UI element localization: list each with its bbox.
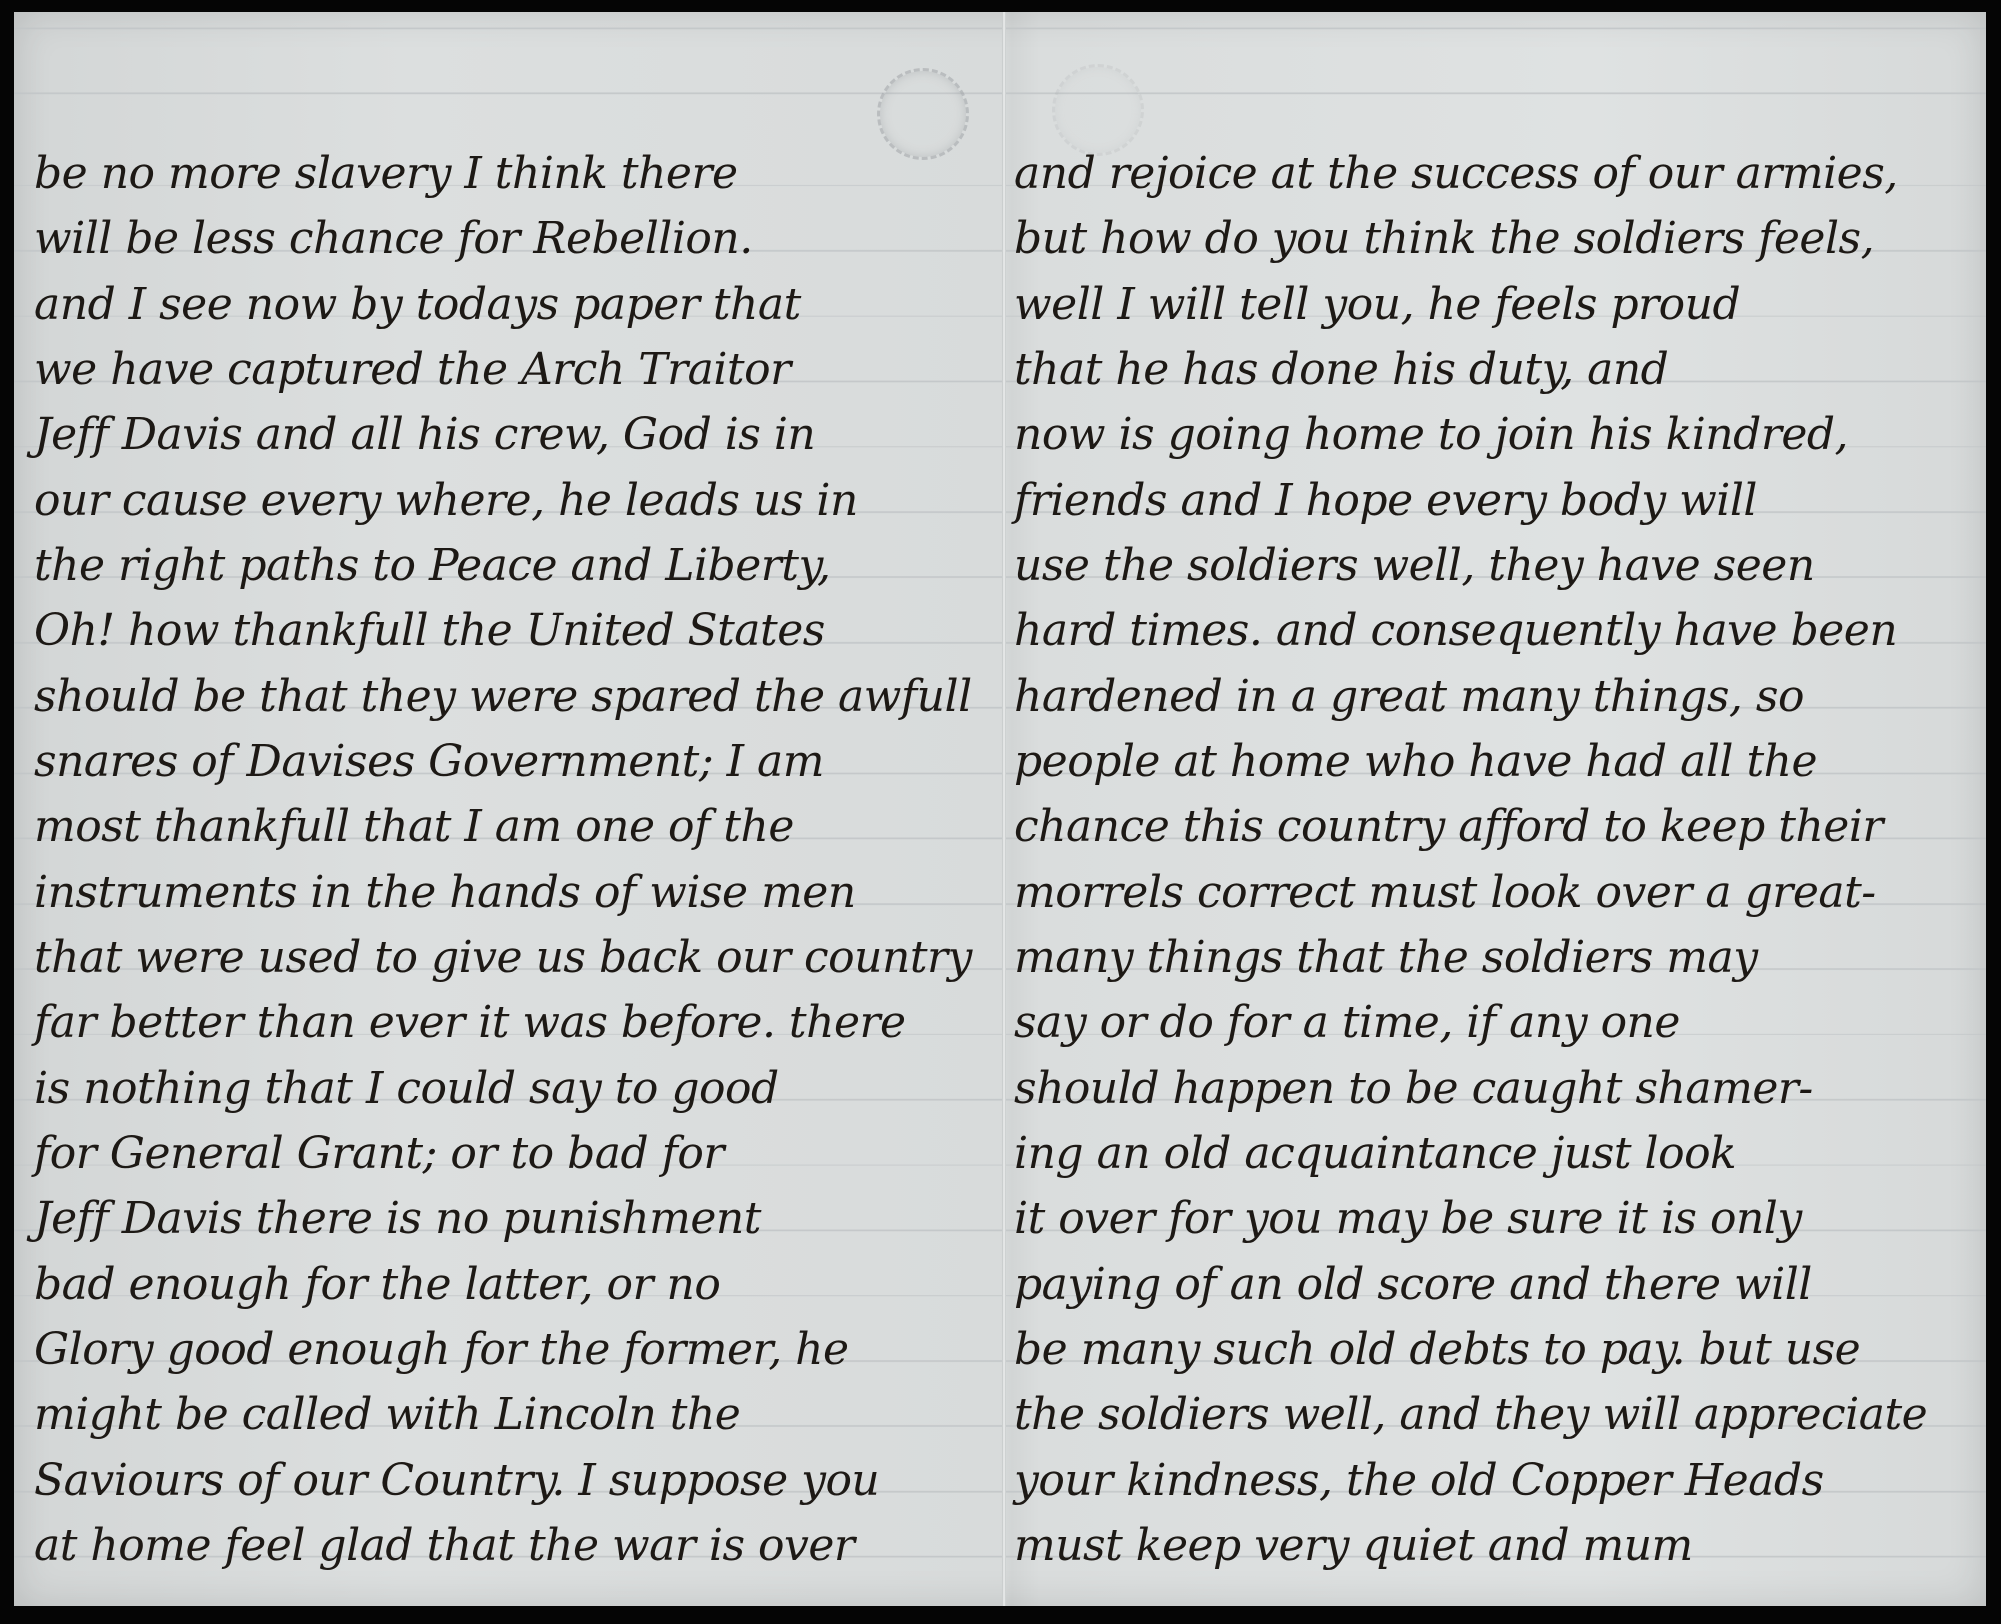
text-line: hard times. and consequently have been [1014,609,1897,653]
text-line: hardened in a great many things, so [1014,675,1804,719]
text-line: should be that they were spared the awfu… [34,675,972,719]
text-line: far better than ever it was before. ther… [34,1001,906,1045]
text-line: your kindness, the old Copper Heads [1014,1459,1824,1503]
text-line: now is going home to join his kindred, [1014,413,1848,457]
letter-sheet: be no more slavery I think there will be… [14,12,1986,1606]
text-line: and I see now by todays paper that [34,283,801,327]
text-line: should happen to be caught shamer- [1014,1067,1813,1111]
left-page: be no more slavery I think there will be… [34,12,994,1606]
text-line: friends and I hope every body will [1014,479,1757,523]
text-line: that were used to give us back our count… [34,936,972,980]
text-line: many things that the soldiers may [1014,936,1758,980]
text-line: Oh! how thankfull the United States [34,609,825,653]
text-line: at home feel glad that the war is over [34,1524,854,1568]
text-line: Saviours of our Country. I suppose you [34,1459,879,1503]
text-line: morrels correct must look over a great- [1014,871,1876,915]
text-line: Jeff Davis and all his crew, God is in [34,413,815,457]
center-fold [1002,12,1006,1606]
text-line: the right paths to Peace and Liberty, [34,544,830,588]
text-line: ing an old acquaintance just look [1014,1132,1736,1176]
text-line: Glory good enough for the former, he [34,1328,849,1372]
text-line: instruments in the hands of wise men [34,871,856,915]
text-line: people at home who have had all the [1014,740,1817,784]
text-line: paying of an old score and there will [1014,1263,1812,1307]
text-line: chance this country afford to keep their [1014,805,1883,849]
text-line: that he has done his duty, and [1014,348,1668,392]
text-line: say or do for a time, if any one [1014,1001,1680,1045]
text-line: bad enough for the latter, or no [34,1263,720,1307]
text-line: will be less chance for Rebellion. [34,217,753,261]
text-line: for General Grant; or to bad for [34,1132,724,1176]
text-line: must keep very quiet and mum [1014,1524,1693,1568]
text-line: it over for you may be sure it is only [1014,1197,1802,1241]
text-line: be many such old debts to pay. but use [1014,1328,1860,1372]
text-line: snares of Davises Government; I am [34,740,824,784]
text-line: well I will tell you, he feels proud [1014,283,1740,327]
text-line: we have captured the Arch Traitor [34,348,791,392]
text-line: is nothing that I could say to good [34,1067,779,1111]
text-line: be no more slavery I think there [34,152,738,196]
text-line: our cause every where, he leads us in [34,479,858,523]
text-line: but how do you think the soldiers feels, [1014,217,1874,261]
text-line: and rejoice at the success of our armies… [1014,152,1898,196]
text-line: most thankfull that I am one of the [34,805,794,849]
text-line: Jeff Davis there is no punishment [34,1197,761,1241]
text-line: might be called with Lincoln the [34,1393,740,1437]
right-page: and rejoice at the success of our armies… [1014,12,1984,1606]
text-line: the soldiers well, and they will appreci… [1014,1393,1927,1437]
text-line: use the soldiers well, they have seen [1014,544,1815,588]
